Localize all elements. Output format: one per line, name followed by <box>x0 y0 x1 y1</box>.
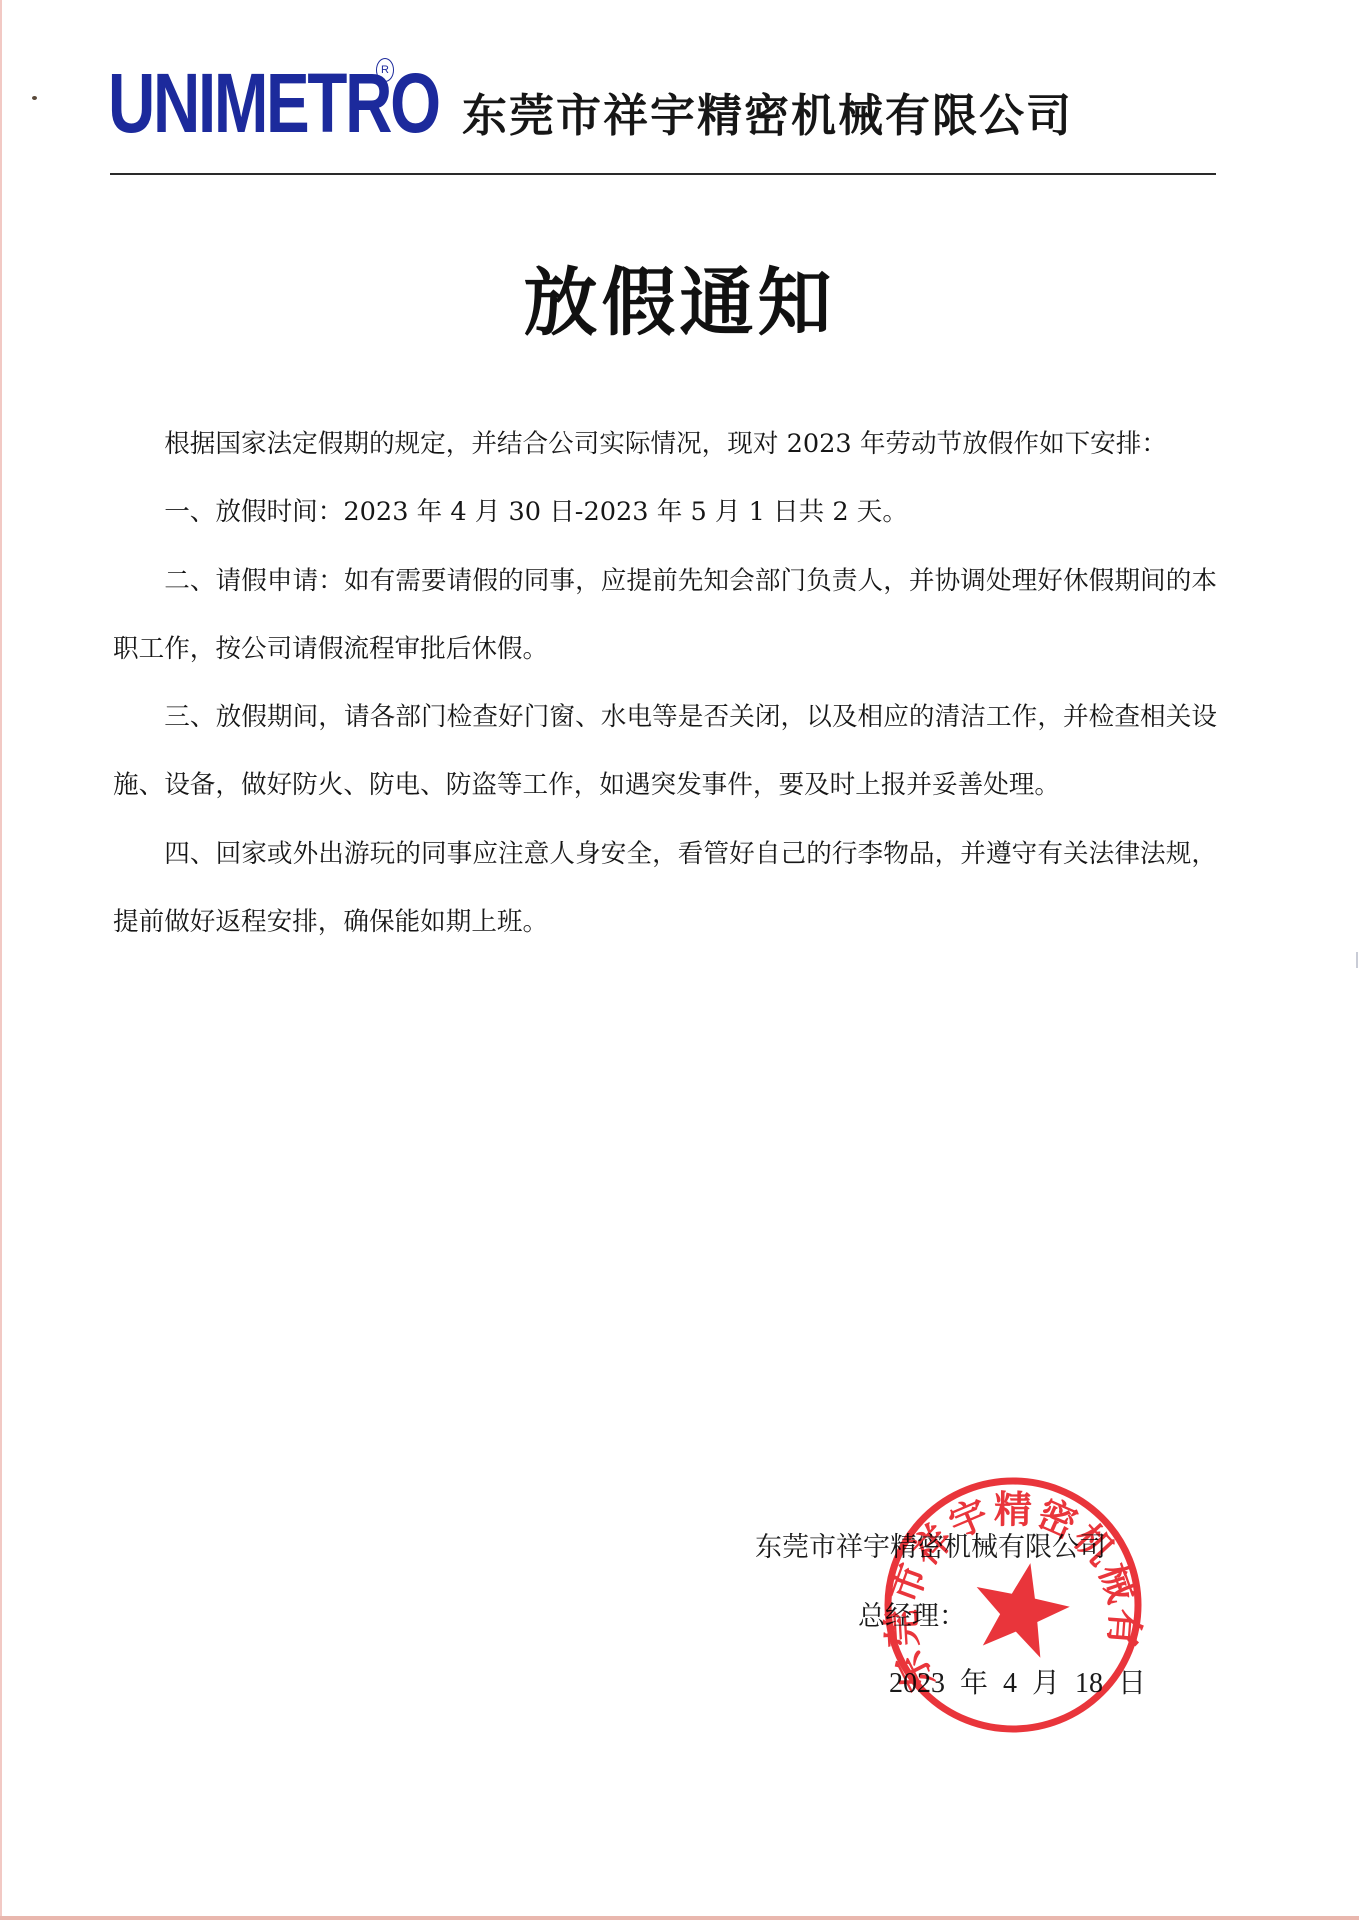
logo-wordmark: UNIMETRO <box>108 58 373 148</box>
intro-paragraph: 根据国家法定假期的规定，并结合公司实际情况，现对 2023 年劳动节放假作如下安… <box>113 410 1217 478</box>
item-text: 回家或外出游玩的同事应注意人身安全，看管好自己的行李物品，并遵守有关法律法规，提… <box>113 839 1217 937</box>
item-label: 三、 <box>164 702 215 732</box>
header-divider <box>110 173 1216 175</box>
seal-text: 东莞市祥宇精密机械有限公司 <box>880 1474 1147 1698</box>
item-paragraph-3: 三、放假期间，请各部门检查好门窗、水电等是否关闭，以及相应的清洁工作，并检查相关… <box>113 683 1217 820</box>
item-label: 一、放假时间： <box>164 497 343 527</box>
document-title: 放假通知 <box>0 255 1359 351</box>
letterhead-company-name: 东莞市祥宇精密机械有限公司 <box>462 86 1073 146</box>
item-label: 四、 <box>164 839 215 869</box>
item-paragraph-2: 二、请假申请：如有需要请假的同事，应提前先知会部门负责人，并协调处理好休假期间的… <box>113 547 1217 684</box>
scan-edge-bottom <box>0 1916 1359 1920</box>
item-text: 放假期间，请各部门检查好门窗、水电等是否关闭，以及相应的清洁工作，并检查相关设施… <box>113 702 1217 800</box>
document-body: 根据国家法定假期的规定，并结合公司实际情况，现对 2023 年劳动节放假作如下安… <box>113 410 1217 956</box>
scan-artifact <box>1356 952 1358 968</box>
registered-trademark-icon: R <box>376 58 394 82</box>
item-paragraph-4: 四、回家或外出游玩的同事应注意人身安全，看管好自己的行李物品，并遵守有关法律法规… <box>113 820 1217 957</box>
scan-artifact <box>32 96 37 100</box>
company-logo: UNIMETRO R <box>108 58 448 148</box>
item-label: 二、请假申请： <box>164 566 344 596</box>
star-icon <box>965 1553 1077 1661</box>
item-text: 2023 年 4 月 30 日-2023 年 5 月 1 日共 2 天。 <box>343 497 908 527</box>
item-paragraph-1: 一、放假时间：2023 年 4 月 30 日-2023 年 5 月 1 日共 2… <box>113 478 1217 546</box>
company-seal-stamp: 东莞市祥宇精密机械有限公司 <box>880 1474 1150 1736</box>
